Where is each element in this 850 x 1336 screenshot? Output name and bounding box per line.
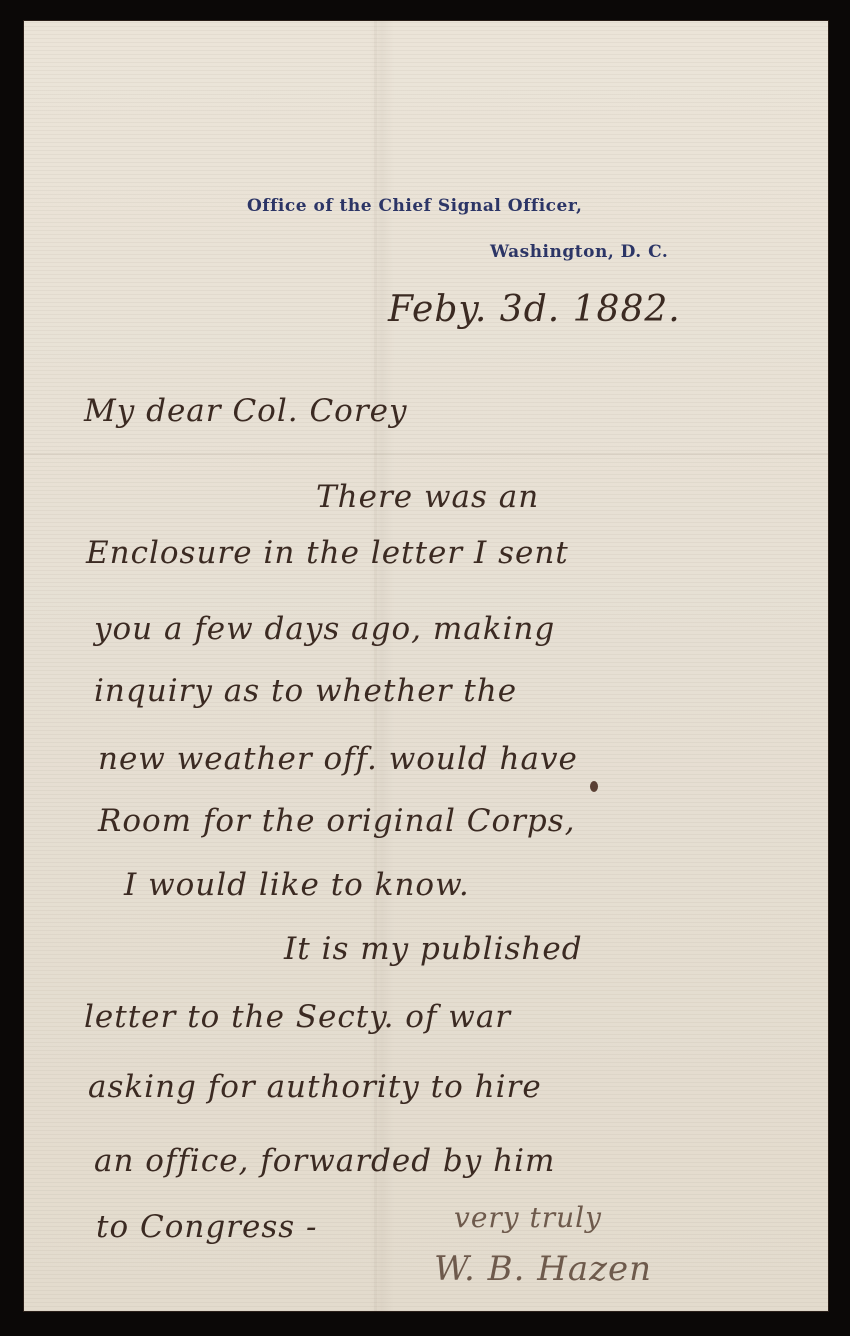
- signature: W. B. Hazen: [434, 1249, 652, 1289]
- body-line: new weather off. would have: [98, 741, 578, 777]
- closing: very truly: [454, 1201, 602, 1234]
- body-line: inquiry as to whether the: [94, 673, 517, 709]
- body-line: letter to the Secty. of war: [84, 999, 511, 1035]
- body-line: It is my published: [284, 931, 583, 967]
- letterhead-city: Washington, D. C.: [490, 242, 668, 262]
- body-line: There was an: [316, 479, 539, 515]
- body-line: Enclosure in the letter I sent: [86, 535, 569, 571]
- salutation: My dear Col. Corey: [84, 393, 408, 429]
- letter-date: Feby. 3d. 1882.: [388, 289, 681, 330]
- body-line: to Congress -: [96, 1209, 317, 1245]
- body-line: you a few days ago, making: [94, 611, 555, 647]
- letterhead-office: Office of the Chief Signal Officer,: [247, 196, 582, 216]
- body-line: I would like to know.: [124, 867, 470, 903]
- letter-paper: Office of the Chief Signal Officer, Wash…: [24, 21, 828, 1311]
- horizontal-fold-line: [24, 453, 828, 455]
- body-line: Room for the original Corps,: [98, 803, 576, 839]
- body-line: asking for authority to hire: [88, 1069, 542, 1105]
- body-line: an office, forwarded by him: [94, 1143, 555, 1179]
- ink-blot: [590, 781, 598, 792]
